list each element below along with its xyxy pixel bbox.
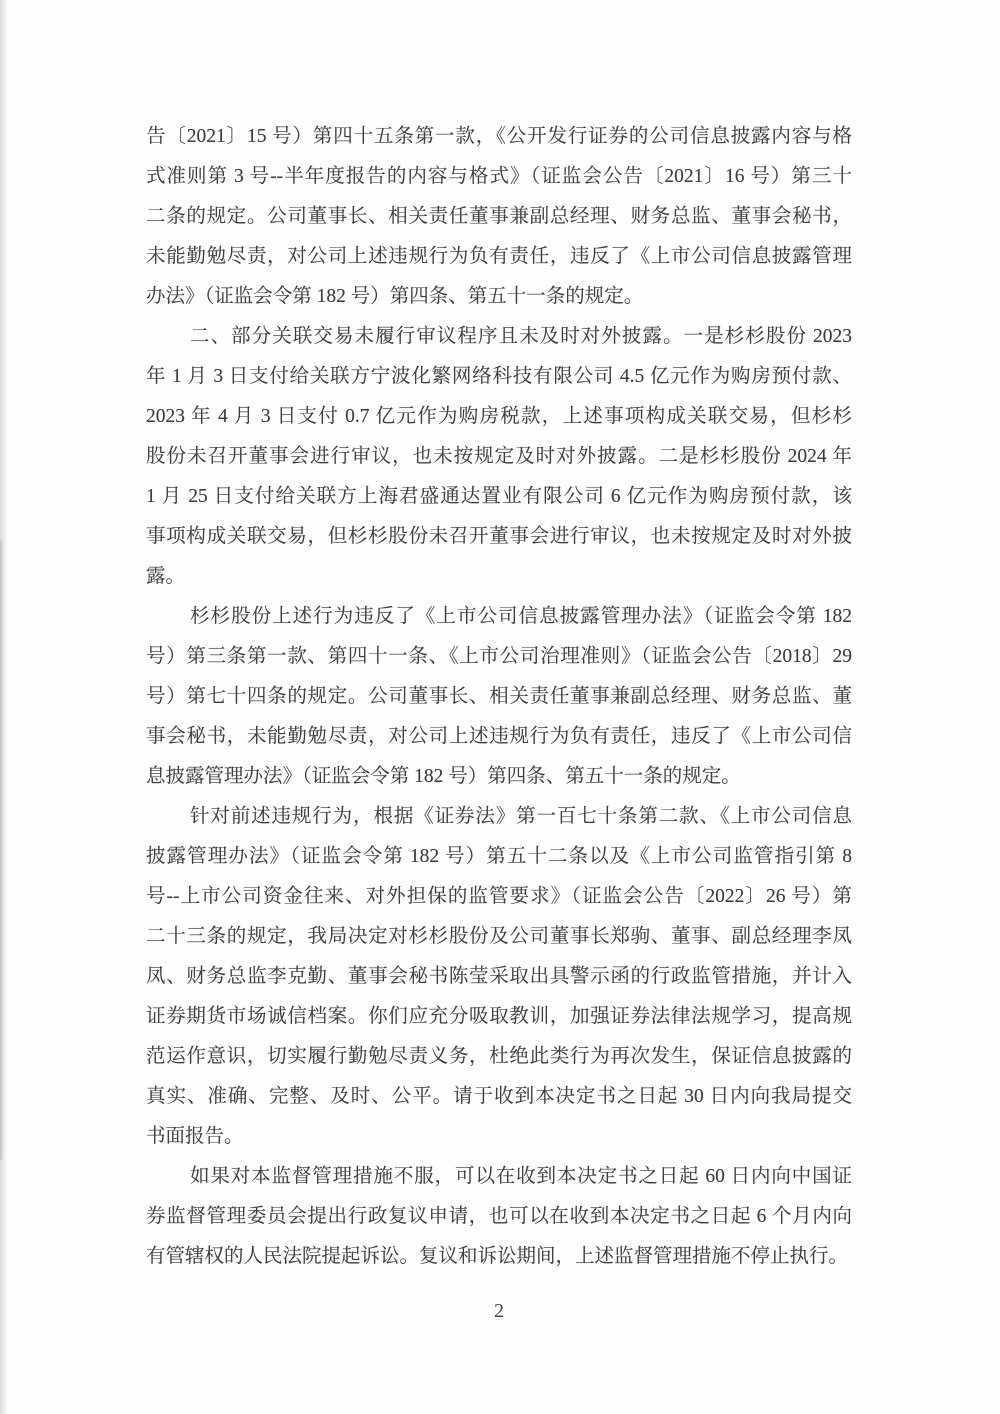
text-line: 股份未召开董事会进行审议，也未按规定及时对外披露。二是杉杉股份 2024 年 [146,437,852,477]
text-line: 二条的规定。公司董事长、相关责任董事兼副总经理、财务总监、董事会秘书， [146,197,852,237]
paragraph: 二、部分关联交易未履行审议程序且未及时对外披露。一是杉杉股份 2023年 1 月… [146,317,852,597]
text-line: 2023 年 4 月 3 日支付 0.7 亿元作为购房税款，上述事项构成关联交易… [146,397,852,437]
text-line: 年 1 月 3 日支付给关联方宁波化繁网络科技有限公司 4.5 亿元作为购房预付… [146,357,852,397]
text-line: 号）第七十四条的规定。公司董事长、相关责任董事兼副总经理、财务总监、董 [146,677,852,717]
text-line: 如果对本监督管理措施不服，可以在收到本决定书之日起 60 日内向中国证 [146,1157,852,1197]
scan-smudge-artifact [0,540,4,1160]
text-line: 二、部分关联交易未履行审议程序且未及时对外披露。一是杉杉股份 2023 [146,317,852,357]
text-line: 凤、财务总监李克勤、董事会秘书陈莹采取出具警示函的行政监管措施，并计入 [146,957,852,997]
text-line: 披露管理办法》（证监会令第 182 号）第五十二条以及《上市公司监管指引第 8 [146,837,852,877]
text-line: 范运作意识，切实履行勤勉尽责义务，杜绝此类行为再次发生，保证信息披露的 [146,1037,852,1077]
text-line: 办法》（证监会令第 182 号）第四条、第五十一条的规定。 [146,277,852,317]
document-body: 告〔2021〕15 号）第四十五条第一款，《公开发行证券的公司信息披露内容与格式… [146,117,852,1277]
text-line: 二十三条的规定，我局决定对杉杉股份及公司董事长郑驹、董事、副总经理李凤 [146,917,852,957]
paragraph: 如果对本监督管理措施不服，可以在收到本决定书之日起 60 日内向中国证券监督管理… [146,1157,852,1277]
text-line: 告〔2021〕15 号）第四十五条第一款，《公开发行证券的公司信息披露内容与格 [146,117,852,157]
text-line: 证券期货市场诚信档案。你们应充分吸取教训，加强证券法律法规学习，提高规 [146,997,852,1037]
text-line: 露。 [146,557,852,597]
text-line: 真实、准确、完整、及时、公平。请于收到本决定书之日起 30 日内向我局提交 [146,1077,852,1117]
paragraph: 针对前述违规行为，根据《证券法》第一百七十条第二款、《上市公司信息披露管理办法》… [146,797,852,1157]
text-line: 式准则第 3 号--半年度报告的内容与格式》（证监会公告〔2021〕16 号）第… [146,157,852,197]
text-line: 事会秘书，未能勤勉尽责，对公司上述违规行为负有责任，违反了《上市公司信 [146,717,852,757]
text-line: 息披露管理办法》（证监会令第 182 号）第四条、第五十一条的规定。 [146,757,852,797]
text-line: 事项构成关联交易，但杉杉股份未召开董事会进行审议，也未按规定及时对外披 [146,517,852,557]
text-line: 有管辖权的人民法院提起诉讼。复议和诉讼期间，上述监督管理措施不停止执行。 [146,1237,852,1277]
paragraph: 杉杉股份上述行为违反了《上市公司信息披露管理办法》（证监会令第 182号）第三条… [146,597,852,797]
text-line: 1 月 25 日支付给关联方上海君盛通达置业有限公司 6 亿元作为购房预付款，该 [146,477,852,517]
text-line: 书面报告。 [146,1117,852,1157]
text-line: 杉杉股份上述行为违反了《上市公司信息披露管理办法》（证监会令第 182 [146,597,852,637]
text-line: 针对前述违规行为，根据《证券法》第一百七十条第二款、《上市公司信息 [146,797,852,837]
paragraph: 告〔2021〕15 号）第四十五条第一款，《公开发行证券的公司信息披露内容与格式… [146,117,852,317]
text-line: 号--上市公司资金往来、对外担保的监管要求》（证监会公告〔2022〕26 号）第 [146,877,852,917]
text-line: 未能勤勉尽责，对公司上述违规行为负有责任，违反了《上市公司信息披露管理 [146,237,852,277]
page-footer: 2 [146,1300,852,1323]
page-number: 2 [494,1300,504,1322]
text-line: 号）第三条第一款、第四十一条、《上市公司治理准则》（证监会公告〔2018〕29 [146,637,852,677]
text-line: 券监督管理委员会提出行政复议申请，也可以在收到本决定书之日起 6 个月内向 [146,1197,852,1237]
document-page: 告〔2021〕15 号）第四十五条第一款，《公开发行证券的公司信息披露内容与格式… [0,0,1000,1414]
